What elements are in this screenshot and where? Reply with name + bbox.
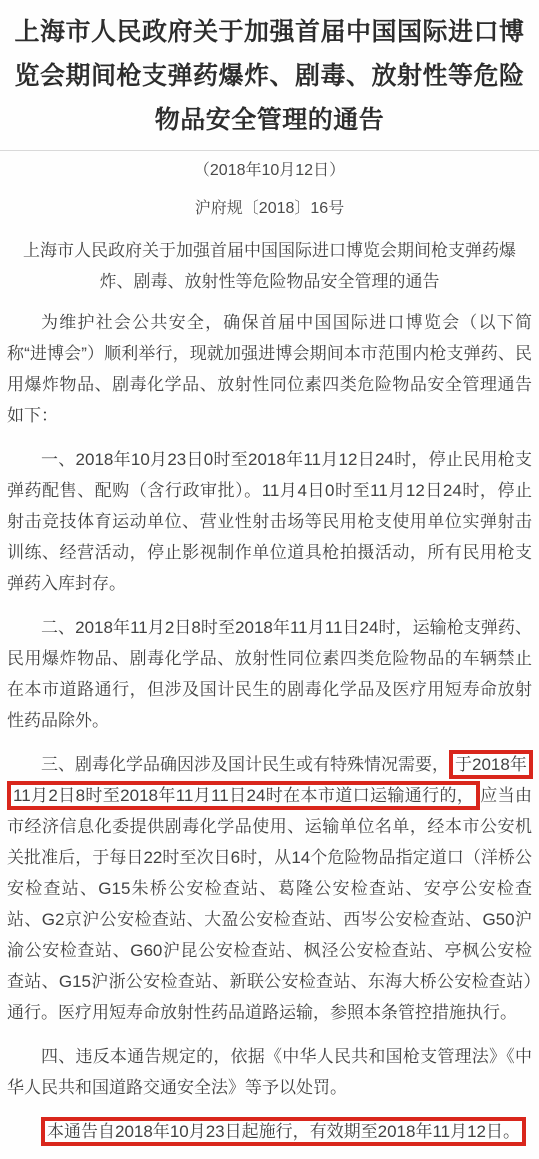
item-2-paragraph: 二、2018年11月2日8时至2018年11月11日24时，运输枪支弹药、民用爆… bbox=[7, 612, 532, 736]
intro-paragraph: 为维护社会公共安全，确保首届中国国际进口博览会（以下简称“进博会”）顺利举行，现… bbox=[7, 307, 532, 431]
highlight-effective-period: 本通告自2018年10月23日起施行，有效期至2018年11月12日。 bbox=[41, 1117, 526, 1146]
title-divider bbox=[0, 150, 539, 151]
item-4-paragraph: 四、违反本通告规定的，依据《中华人民共和国枪支管理法》《中华人民共和国道路交通安… bbox=[7, 1041, 532, 1103]
notice-document: 上海市人民政府关于加强首届中国国际进口博览会期间枪支弹药爆炸、剧毒、放射性等危险… bbox=[0, 0, 539, 1159]
item-3-text-post: 应当由市经济信息化委提供剧毒化学品使用、运输单位名单，经本市公安机关批准后，于每… bbox=[7, 786, 532, 1022]
closing-paragraph: 本通告自2018年10月23日起施行，有效期至2018年11月12日。 bbox=[7, 1116, 532, 1147]
item-3-paragraph: 三、剧毒化学品确因涉及国计民生或有特殊情况需要，于2018年11月2日8时至20… bbox=[7, 749, 532, 1028]
doc-number: 沪府规〔2018〕16号 bbox=[7, 197, 532, 221]
item-1-paragraph: 一、2018年10月23日0时至2018年11月12日24时，停止民用枪支弹药配… bbox=[7, 444, 532, 599]
item-3-text-pre: 三、剧毒化学品确因涉及国计民生或有特殊情况需要， bbox=[41, 755, 449, 774]
notice-subtitle: 上海市人民政府关于加强首届中国国际进口博览会期间枪支弹药爆炸、剧毒、放射性等危险… bbox=[9, 235, 530, 297]
publish-date: （2018年10月12日） bbox=[7, 159, 532, 183]
page-title: 上海市人民政府关于加强首届中国国际进口博览会期间枪支弹药爆炸、剧毒、放射性等危险… bbox=[11, 10, 528, 142]
